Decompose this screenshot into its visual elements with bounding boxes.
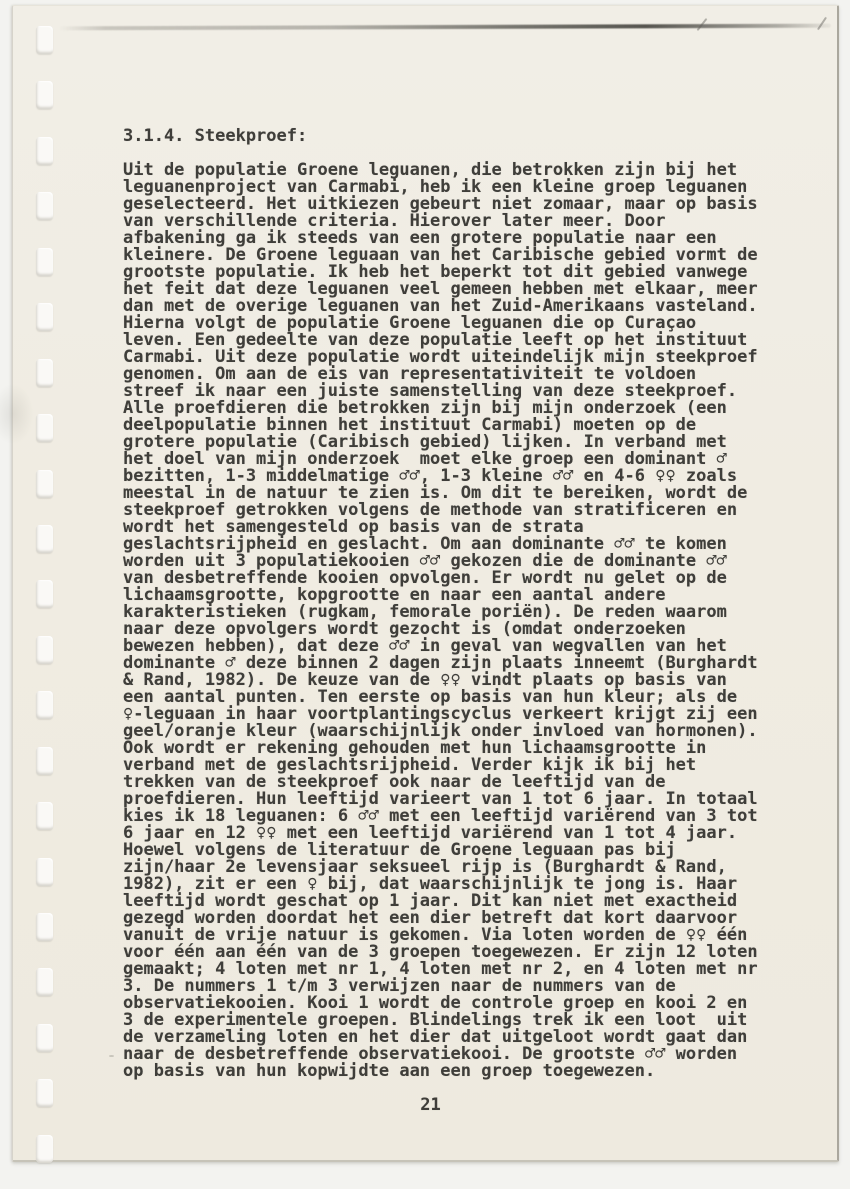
page-number: 21 — [123, 1097, 738, 1114]
binding-hole — [36, 81, 53, 109]
scan-smudge-line — [59, 24, 831, 31]
binding-hole — [36, 414, 53, 442]
binding-hole — [36, 192, 53, 220]
binding-hole — [36, 359, 53, 387]
binding-hole — [36, 137, 53, 165]
binding-hole — [36, 303, 53, 331]
body-text: Uit de populatie Groene leguanen, die be… — [123, 162, 783, 1080]
binding-hole — [36, 525, 53, 553]
binding-hole — [36, 1024, 53, 1052]
scan-speck — [109, 1055, 114, 1057]
scan-blotch — [0, 383, 34, 445]
binding-hole — [36, 248, 53, 276]
section-heading: 3.1.4. Steekproef: — [123, 128, 783, 145]
binding-hole — [36, 747, 53, 775]
binding-hole — [36, 968, 53, 996]
binding-hole — [36, 802, 53, 830]
scanner-background: { "document": { "heading": "3.1.4. Steek… — [0, 0, 850, 1189]
document-text: 3.1.4. Steekproef: Uit de populatie Groe… — [123, 128, 783, 1114]
binding-hole — [36, 858, 53, 886]
binding-hole — [36, 1135, 53, 1163]
binding-hole — [36, 26, 53, 54]
binding-hole — [36, 691, 53, 719]
binding-hole — [36, 913, 53, 941]
binding-hole — [36, 580, 53, 608]
scanned-page: 3.1.4. Steekproef: Uit de populatie Groe… — [12, 5, 839, 1162]
binding-hole — [36, 470, 53, 498]
binding-hole — [36, 1079, 53, 1107]
binding-hole — [36, 636, 53, 664]
